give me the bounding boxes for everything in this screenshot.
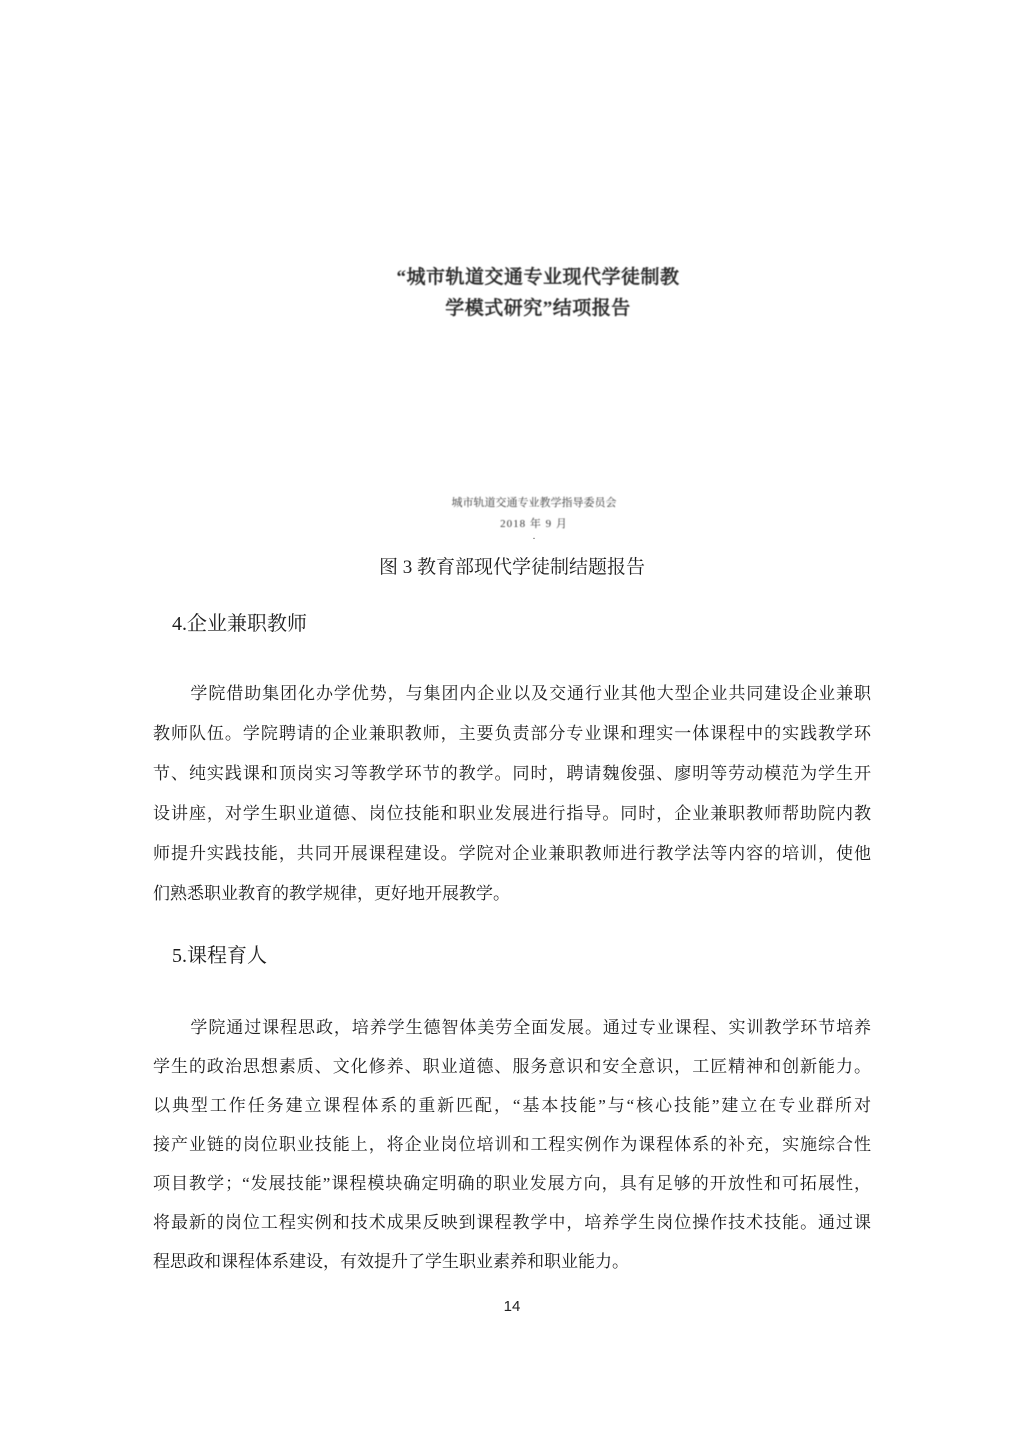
section-heading-4: 4.企业兼职教师 (172, 612, 307, 636)
paragraph-line: 将最新的岗位工程实例和技术成果反映到课程教学中，培养学生岗位操作技术技能。通过课 (153, 1203, 871, 1242)
figure-report-title-line2: 学模式研究”结项报告 (26, 293, 1024, 324)
paragraph-line: 学生的政治思想素质、文化修养、职业道德、服务意识和安全意识，工匠精神和创新能力。 (153, 1047, 871, 1086)
paragraph-line: 学院通过课程思政，培养学生德智体美劳全面发展。通过专业课程、实训教学环节培养 (153, 1008, 871, 1047)
paragraph-line: 以典型工作任务建立课程体系的重新匹配，“基本技能”与“核心技能”建立在专业群所对 (153, 1086, 871, 1125)
figure-caption: 图 3 教育部现代学徒制结题报告 (0, 552, 1024, 579)
section-heading-5: 5.课程育人 (172, 944, 267, 968)
paragraph-section-4: 学院借助集团化办学优势，与集团内企业以及交通行业其他大型企业共同建设企业兼职 教… (153, 674, 871, 914)
paragraph-section-5: 学院通过课程思政，培养学生德智体美劳全面发展。通过专业课程、实训教学环节培养 学… (153, 1008, 871, 1281)
page-number: 14 (0, 1298, 1024, 1315)
paragraph-line: 师提升实践技能，共同开展课程建设。学院对企业兼职教师进行教学法等内容的培训，使他 (153, 834, 871, 874)
paragraph-line: 程思政和课程体系建设，有效提升了学生职业素养和职业能力。 (153, 1242, 871, 1281)
figure-small-mark: . (22, 531, 1024, 542)
paragraph-line: 设讲座，对学生职业道德、岗位技能和职业发展进行指导。同时，企业兼职教师帮助院内教 (153, 794, 871, 834)
paragraph-line: 节、纯实践课和顶岗实习等教学环节的教学。同时，聘请魏俊强、廖明等劳动模范为学生开 (153, 754, 871, 794)
paragraph-line: 学院借助集团化办学优势，与集团内企业以及交通行业其他大型企业共同建设企业兼职 (153, 674, 871, 714)
paragraph-line: 接产业链的岗位职业技能上，将企业岗位培训和工程实例作为课程体系的补充，实施综合性 (153, 1125, 871, 1164)
paragraph-line: 们熟悉职业教育的教学规律，更好地开展教学。 (153, 874, 871, 914)
document-page: “城市轨道交通专业现代学徒制教 学模式研究”结项报告 城市轨道交通专业教学指导委… (0, 0, 1024, 1448)
figure-report-title: “城市轨道交通专业现代学徒制教 学模式研究”结项报告 (26, 262, 1024, 324)
paragraph-line: 教师队伍。学院聘请的企业兼职教师，主要负责部分专业课和理实一体课程中的实践教学环 (153, 714, 871, 754)
figure-committee-line: 城市轨道交通专业教学指导委员会 (22, 494, 1024, 510)
paragraph-line: 项目教学；“发展技能”课程模块确定明确的职业发展方向，具有足够的开放性和可拓展性… (153, 1164, 871, 1203)
figure-date-line: 2018 年 9 月 (22, 515, 1024, 531)
figure-report-title-line1: “城市轨道交通专业现代学徒制教 (26, 262, 1024, 293)
